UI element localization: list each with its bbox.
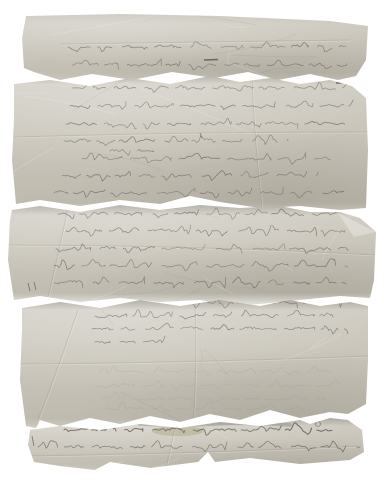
- handwriting-layer: [12, 74, 370, 214]
- letter-fragment-5: [26, 416, 366, 476]
- handwriting-layer: [26, 416, 366, 476]
- letter-fragment-3: [8, 205, 378, 305]
- letter-fragment-1: [20, 14, 368, 84]
- handwriting-layer: [20, 14, 368, 84]
- handwriting-layer: [18, 300, 370, 430]
- letter-fragment-2: [12, 74, 370, 214]
- letter-photograph: Photograph of a handwritten letter torn …: [0, 0, 384, 495]
- image-caption: Photograph of a handwritten letter torn …: [0, 0, 1, 1]
- letter-fragment-4: [18, 300, 370, 430]
- handwriting-layer: [8, 205, 378, 305]
